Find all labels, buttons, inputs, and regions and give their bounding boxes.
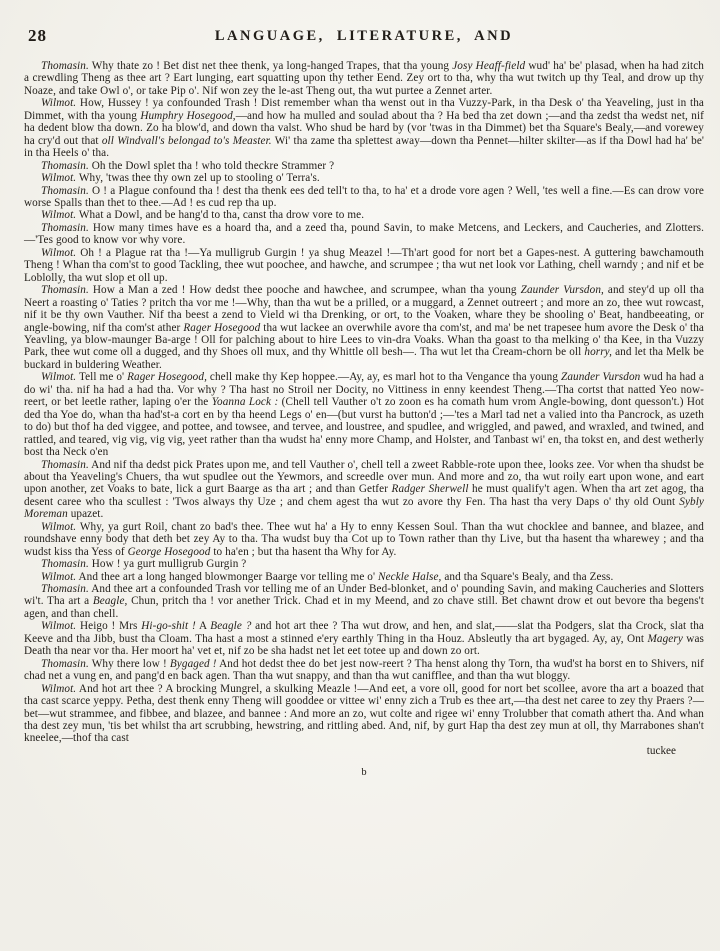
- dialogue-paragraph: Wilmot. And thee art a long hanged blowm…: [24, 571, 704, 583]
- dialogue-text: Oh ! a Plague rat tha !—Ya mulligrub Gur…: [24, 247, 704, 284]
- dialogue-paragraph: Wilmot. Heigo ! Mrs Hi-go-shit ! A Beagl…: [24, 620, 704, 657]
- dialogue-paragraph: Thomasin. And nif tha dedst pick Prates …: [24, 459, 704, 521]
- dialogue-text: How ! ya gurt mulligrub Gurgin ?: [89, 558, 247, 570]
- italic-name: Zaunder Vursdon: [561, 371, 640, 383]
- italic-name: Yoanna Lock :: [212, 396, 279, 408]
- dialogue-text: chell make thy Kep hoppee.—Ay, ay, es ma…: [207, 371, 561, 383]
- dialogue-text: Heigo ! Mrs: [76, 620, 141, 632]
- speaker-name: Wilmot.: [41, 521, 76, 533]
- dialogue-paragraph: Thomasin. Oh the Dowl splet tha ! who to…: [24, 160, 704, 172]
- speaker-name: Wilmot.: [41, 97, 76, 109]
- dialogue-text: O ! a Plague confound tha ! dest tha the…: [24, 185, 704, 209]
- dialogue-paragraph: Thomasin. And thee art a confounded Tras…: [24, 583, 704, 620]
- dialogue-text: to ha'en ; but tha hasent tha Why for Ay…: [210, 546, 396, 558]
- italic-name: Magery: [648, 633, 683, 645]
- dialogue-paragraph: Wilmot. How, Hussey ! ya confounded Tras…: [24, 97, 704, 159]
- dialogue-text: Why thate zo ! Bet dist net thee thenk, …: [89, 60, 452, 72]
- speaker-name: Thomasin.: [41, 558, 89, 570]
- speaker-name: Thomasin.: [41, 583, 89, 595]
- dialogue-text: and tha Square's Bealy, and tha Zess.: [441, 571, 613, 583]
- dialogue-text: Tell me o': [76, 371, 127, 383]
- dialogue-text: Why there low !: [89, 658, 170, 670]
- speaker-name: Thomasin.: [41, 222, 89, 234]
- dialogue-paragraph: Thomasin. Why thate zo ! Bet dist net th…: [24, 60, 704, 97]
- dialogue-text: And thee art a long hanged blowmonger Ba…: [76, 571, 378, 583]
- dialogue-text: Oh the Dowl splet tha ! who told theckre…: [89, 160, 334, 172]
- italic-name: Josy Heaff-field: [452, 60, 525, 72]
- dialogue-text: How a Man a zed ! How dedst thee pooche …: [89, 284, 521, 296]
- italic-name: Beagle ?: [210, 620, 251, 632]
- italic-name: oll Windvall's belongad to's Measter.: [102, 135, 272, 147]
- page-header: 28 LANGUAGE, LITERATURE, AND: [24, 14, 704, 48]
- book-page: 28 LANGUAGE, LITERATURE, AND Thomasin. W…: [0, 0, 720, 951]
- speaker-name: Wilmot.: [41, 247, 76, 259]
- italic-name: Rager Hosegood: [183, 322, 260, 334]
- catchword: tuckee: [24, 745, 704, 758]
- speaker-name: Wilmot.: [41, 209, 76, 221]
- dialogue-paragraph: Wilmot. And hot art thee ? A brocking Mu…: [24, 683, 704, 745]
- speaker-name: Wilmot.: [41, 172, 76, 184]
- speaker-name: Wilmot.: [41, 571, 76, 583]
- italic-name: horry,: [584, 346, 612, 358]
- speaker-name: Wilmot.: [41, 683, 76, 695]
- dialogue-paragraph: Wilmot. Oh ! a Plague rat tha !—Ya mulli…: [24, 247, 704, 284]
- text-block: Thomasin. Why thate zo ! Bet dist net th…: [24, 60, 704, 745]
- dialogue-text: upazet.: [68, 508, 104, 520]
- italic-name: George Hosegood: [128, 546, 211, 558]
- speaker-name: Thomasin.: [41, 60, 89, 72]
- speaker-name: Wilmot.: [41, 620, 76, 632]
- italic-name: Zaunder Vursdon,: [521, 284, 604, 296]
- italic-name: Hi-go-shit !: [141, 620, 196, 632]
- dialogue-paragraph: Wilmot. Tell me o' Rager Hosegood, chell…: [24, 371, 704, 458]
- dialogue-paragraph: Thomasin. How many times have es a hoard…: [24, 222, 704, 247]
- italic-name: Rager Hosegood,: [127, 371, 207, 383]
- dialogue-paragraph: Thomasin. O ! a Plague confound tha ! de…: [24, 185, 704, 210]
- italic-name: Neckle Halse,: [378, 571, 441, 583]
- dialogue-text: Why, 'twas thee thy own zel up to stooli…: [76, 172, 320, 184]
- signature-mark: b: [24, 767, 704, 778]
- dialogue-paragraph: Thomasin. How a Man a zed ! How dedst th…: [24, 284, 704, 371]
- italic-name: Humphry Hosegood,: [140, 110, 235, 122]
- dialogue-text: How many times have es a hoard tha, and …: [24, 222, 704, 246]
- speaker-name: Thomasin.: [41, 185, 89, 197]
- dialogue-paragraph: Wilmot. Why, 'twas thee thy own zel up t…: [24, 172, 704, 184]
- dialogue-paragraph: Wilmot. What a Dowl, and be hang'd to th…: [24, 209, 704, 221]
- speaker-name: Wilmot.: [41, 371, 76, 383]
- dialogue-paragraph: Wilmot. Why, ya gurt Roil, chant zo bad'…: [24, 521, 704, 558]
- dialogue-text: What a Dowl, and be hang'd to tha, canst…: [76, 209, 364, 221]
- dialogue-text: And hot art thee ? A brocking Mungrel, a…: [24, 683, 704, 745]
- dialogue-text: A: [196, 620, 210, 632]
- italic-name: Radger Sherwell: [392, 483, 469, 495]
- dialogue-paragraph: Thomasin. How ! ya gurt mulligrub Gurgin…: [24, 558, 704, 570]
- speaker-name: Thomasin.: [41, 160, 89, 172]
- speaker-name: Thomasin.: [41, 459, 89, 471]
- italic-name: Beagle,: [93, 595, 128, 607]
- running-header: LANGUAGE, LITERATURE, AND: [24, 28, 704, 45]
- speaker-name: Thomasin.: [41, 284, 89, 296]
- italic-name: Bygaged !: [170, 658, 217, 670]
- dialogue-paragraph: Thomasin. Why there low ! Bygaged ! And …: [24, 658, 704, 683]
- speaker-name: Thomasin.: [41, 658, 89, 670]
